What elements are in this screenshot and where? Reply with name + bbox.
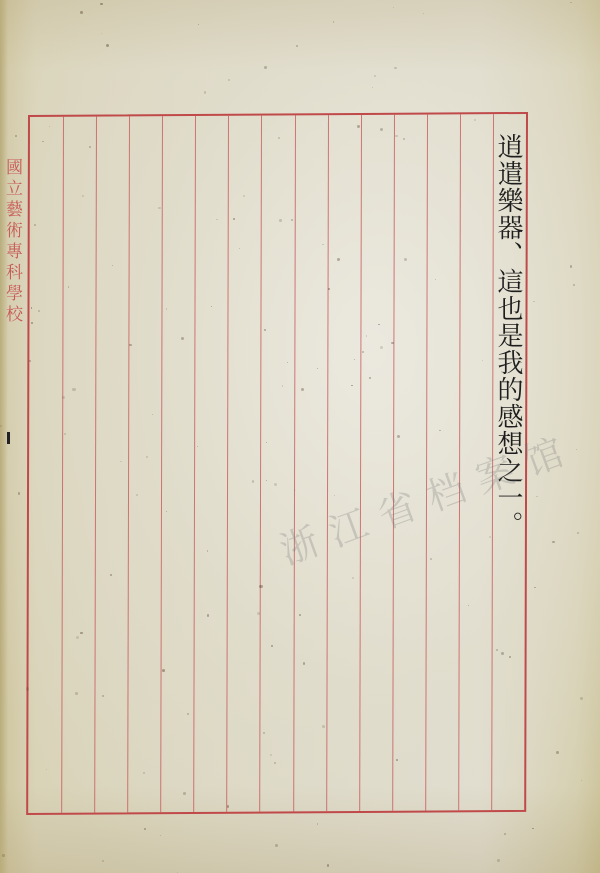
column-rule-line — [293, 115, 296, 811]
column-rule-line — [127, 116, 130, 812]
column-rule-line — [194, 116, 197, 812]
column-rule-line — [425, 115, 428, 811]
column-rule-line — [260, 116, 263, 812]
column-rule-line — [392, 115, 395, 811]
column-rule-line — [94, 117, 97, 813]
page-mark — [7, 432, 10, 444]
margin-stamp: 國立藝術專科學校 — [2, 158, 22, 326]
column-rule-line — [359, 115, 362, 811]
column-rule-line — [61, 117, 64, 813]
column-rule-line — [227, 116, 230, 812]
column-rule-line — [326, 115, 329, 811]
column-rule-line — [160, 116, 163, 812]
